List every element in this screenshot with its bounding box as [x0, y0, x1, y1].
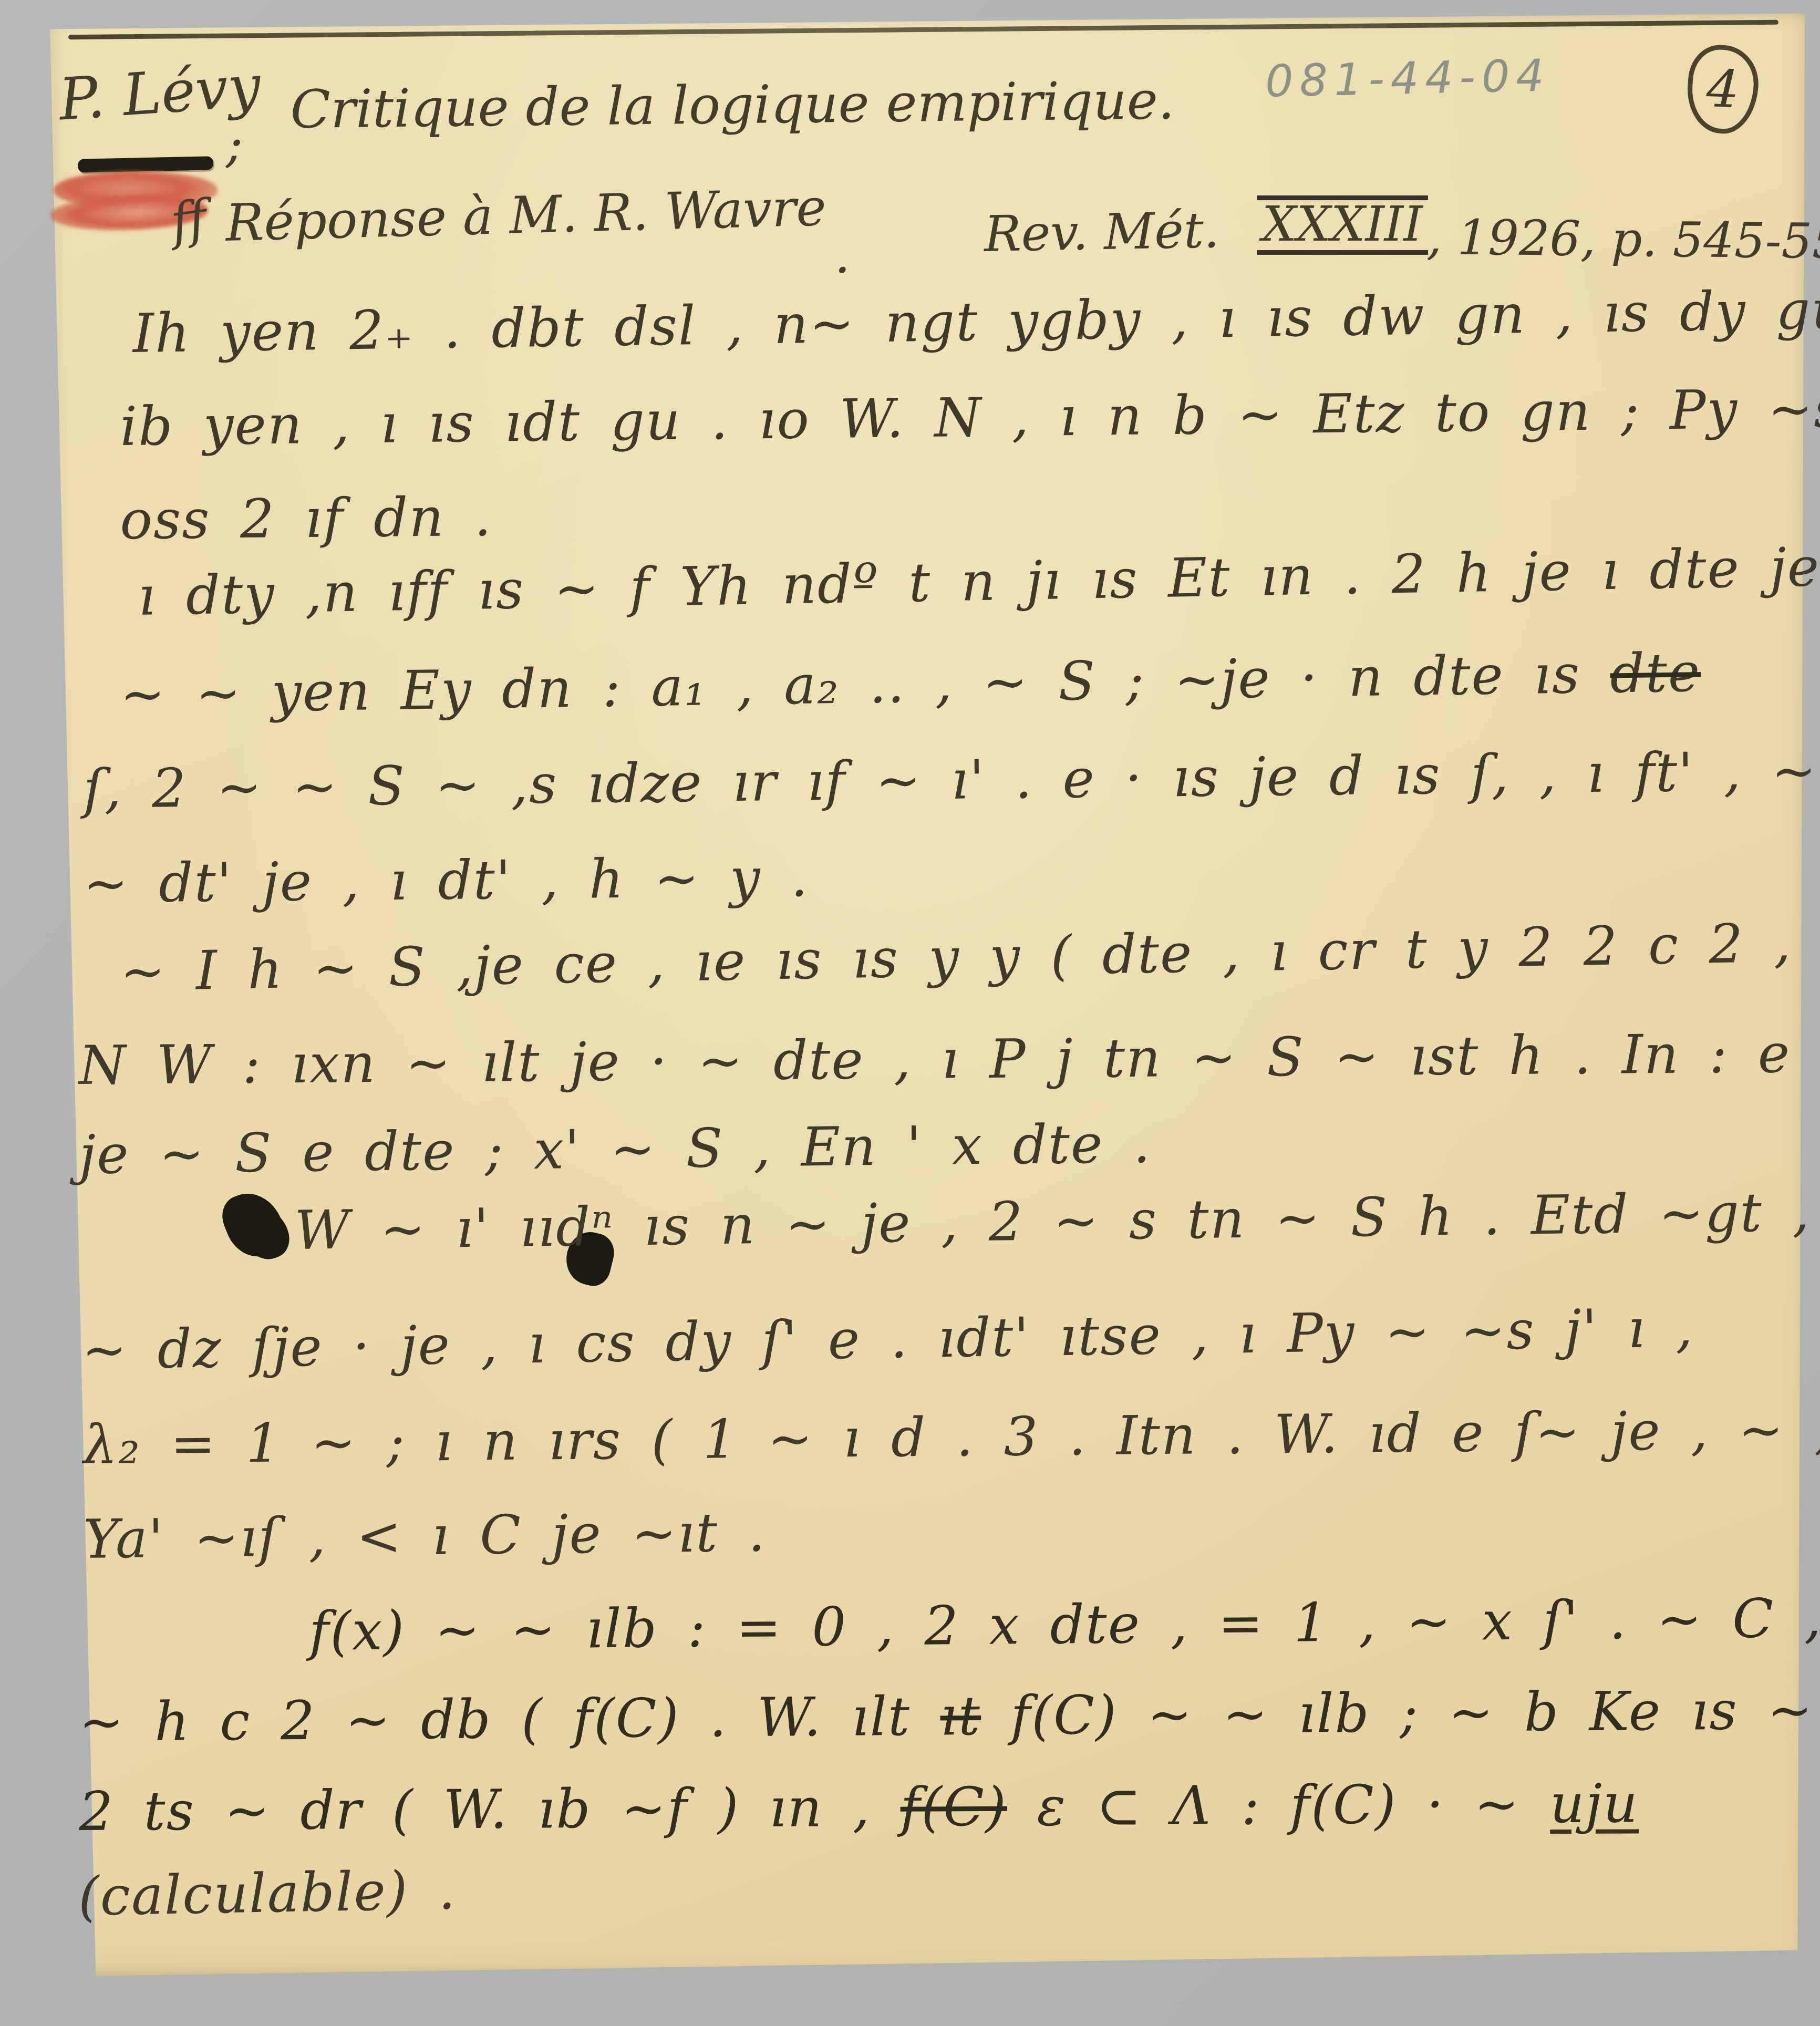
struck-word: dte [1610, 642, 1701, 705]
journal-name: Rev. Mét. [984, 202, 1219, 263]
formula-line-5-1: f(x) ~ ~ ılb : = 0 , 2 x dte , = 1 , ~ x… [309, 1590, 1820, 1659]
shorthand-line-2-4: ~ dt' je , ı dt' , h ~ y . [83, 851, 809, 911]
formula-segment: f(C) ~ ~ ılb ; ~ b Ke ıs ~ , [981, 1679, 1820, 1748]
shorthand-line-3-2: N W : ıxn ~ ılt je · ~ dte , ı P j tn ~ … [79, 1027, 1791, 1093]
underlined-word: uju [1549, 1772, 1639, 1835]
response-period: . [834, 226, 851, 285]
journal-year-pages: , 1926, p. 545-551. [1426, 209, 1820, 270]
journal-volume: XXXIII [1257, 195, 1428, 255]
struck-formula: f(C) [900, 1776, 1007, 1839]
formula-line-5-3: 2 ts ~ dr ( W. ıb ~f ) ın , f(C) ε ⊂ Λ :… [79, 1777, 1639, 1839]
struck-word: ıt [940, 1685, 981, 1748]
archive-number: 081-44-04 [1265, 49, 1551, 107]
scanned-note-page: { "palette":{ "background_gray":"#b4b6b5… [0, 0, 1820, 2026]
shorthand-line-3-3: je ~ S e dte ; x' ~ S , En ' x dte . [79, 1118, 1152, 1182]
shorthand-line-4-3: λ₂ = 1 ~ ; ı n ırs ( 1 ~ ı d . 3 . Itn .… [83, 1403, 1820, 1472]
note-title: Critique de la logique empirique. [290, 69, 1175, 140]
formula-line-5-2: ~ h c 2 ~ db ( f(C) . W. ılt ıt f(C) ~ ~… [79, 1683, 1820, 1750]
page-number: 4 [1705, 59, 1740, 120]
formula-segment: ε ⊂ Λ : f(C) · ~ [1007, 1773, 1550, 1838]
author-underline-black [78, 156, 213, 172]
formula-segment: ~ h c 2 ~ db ( f(C) . W. ılt [79, 1686, 940, 1754]
shorthand-line-1-3: oss 2 ıf dn . [120, 491, 492, 547]
shorthand-line-4-4: Ya' ~ıſ , < ı C je ~ıt . [83, 1506, 767, 1567]
calculable-note: (calculable) . [78, 1864, 457, 1924]
formula-segment: 2 ts ~ dr ( W. ıb ~f ) ın , [79, 1776, 901, 1843]
author-separator: ; [226, 115, 243, 173]
